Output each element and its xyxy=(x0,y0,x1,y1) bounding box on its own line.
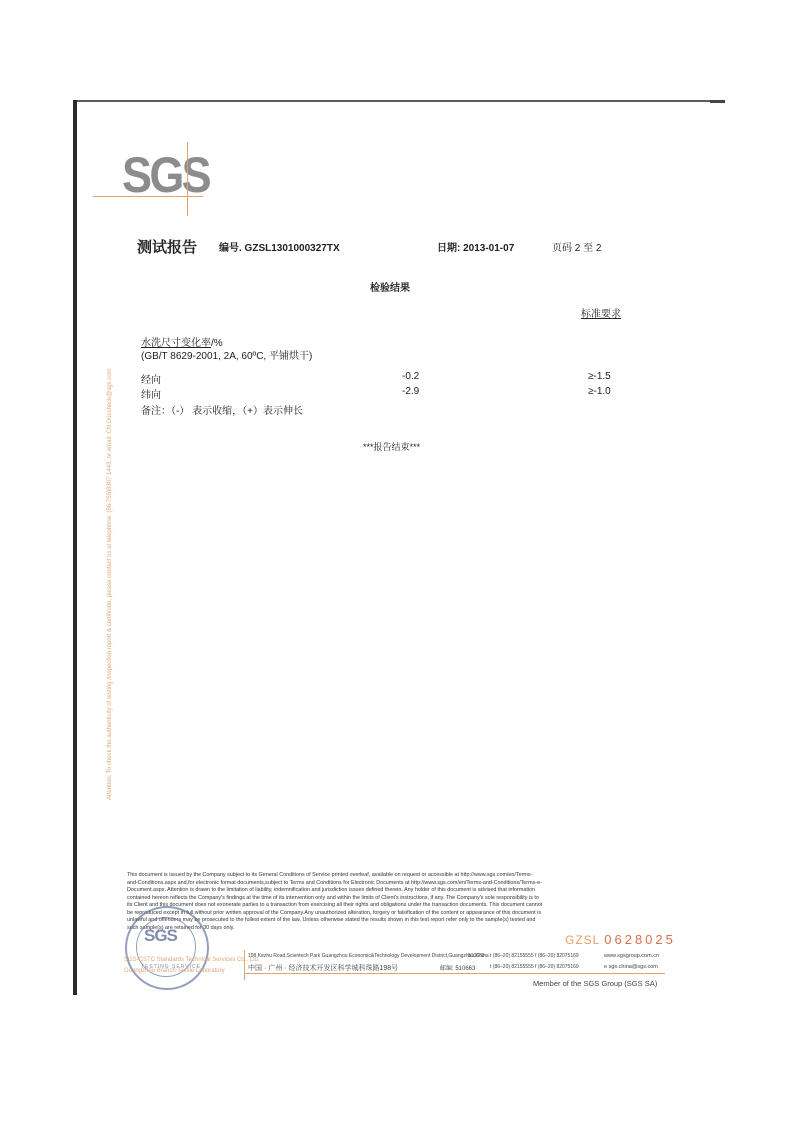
result-direction: 纬向 xyxy=(141,386,161,401)
address-english: 198 Kezhu Road,Scientech Park Guangzhou … xyxy=(248,953,489,959)
result-value: -2.9 xyxy=(402,386,419,397)
page-border-left xyxy=(73,100,77,995)
report-date: 日期: 2013-01-07 xyxy=(437,239,514,254)
disclaimer-line: This document is issued by the Company s… xyxy=(127,872,665,880)
phone-fax: t (86–20) 82155555 f (86–20) 82075169 xyxy=(490,953,579,959)
report-title: 测试报告 xyxy=(137,236,197,257)
result-row: 纬向 -2.9 ≥-1.0 xyxy=(0,386,800,400)
test-method: (GB/T 8629-2001, 2A, 60ºC, 平铺烘干) xyxy=(141,347,312,362)
authenticity-side-note: Attention: To check the authenticity of … xyxy=(107,260,113,800)
sgs-member-note: Member of the SGS Group (SGS SA) xyxy=(533,979,657,988)
result-standard: ≥-1.0 xyxy=(588,386,611,397)
company-name-line: SGS-CSTC Standards Technical Services Co… xyxy=(124,955,260,966)
disclaimer-line: such sample(s) are retained for 30 days … xyxy=(127,925,665,933)
serial-number: GZSL 0628025 xyxy=(565,932,676,947)
company-name: SGS-CSTC Standards Technical Services Co… xyxy=(124,955,260,977)
results-note: 备注：（-） 表示收缩，（+）表示伸长 xyxy=(141,402,303,417)
address-chinese: 中国 · 广州 · 经济技术开发区科学城科珠路198号 xyxy=(248,963,398,973)
phone-fax: t (86–20) 82155555 f (86–20) 82075169 xyxy=(490,964,579,970)
page-border-top xyxy=(73,100,725,102)
sgs-seal-stamp: SGS TESTING SERVICE xyxy=(125,906,209,990)
report-end-mark: ***报告结束*** xyxy=(363,440,420,453)
disclaimer-line: Document.aspx. Attention is drawn to the… xyxy=(127,887,665,895)
disclaimer-line: its Client and this document does not ex… xyxy=(127,902,665,910)
result-standard: ≥-1.5 xyxy=(588,371,611,382)
report-header: 测试报告 编号. GZSL1301000327TX 日期: 2013-01-07… xyxy=(0,236,800,256)
report-page-number: 页码 2 至 2 xyxy=(552,239,601,254)
disclaimer-line: be reproduced except in full,without pri… xyxy=(127,910,665,918)
postal-code: 510663 xyxy=(468,953,485,959)
postal-code-chinese: 邮编: 510663 xyxy=(440,963,475,972)
footer-rule xyxy=(245,973,665,974)
terms-disclaimer: This document is issued by the Company s… xyxy=(127,872,665,932)
result-value: -0.2 xyxy=(402,371,419,382)
footer-divider xyxy=(244,950,245,980)
stamp-logo: SGS xyxy=(144,926,177,946)
company-name-line: Guangzhou Branch Textile Laboratory xyxy=(124,966,260,977)
email-link[interactable]: e sgs.china@sgs.com xyxy=(604,964,658,970)
result-direction: 经向 xyxy=(141,371,161,386)
disclaimer-line: and-Conditions.aspx and,for electronic f… xyxy=(127,880,665,888)
website-link[interactable]: www.sgsgroup.com.cn xyxy=(604,953,659,959)
section-title: 检验结果 xyxy=(370,279,410,294)
serial-prefix: GZSL xyxy=(565,933,600,947)
standard-requirement-header: 标准要求 xyxy=(581,305,621,320)
serial-digits: 0628025 xyxy=(604,932,676,947)
page-border-top-edge xyxy=(710,100,725,103)
logo-crosshair-vertical xyxy=(187,142,188,216)
result-row: 经向 -0.2 ≥-1.5 xyxy=(0,371,800,385)
disclaimer-line: unlawful and offenders may be prosecuted… xyxy=(127,917,665,925)
report-number: 编号. GZSL1301000327TX xyxy=(219,239,340,254)
disclaimer-line: contained hereon reflects the Company's … xyxy=(127,895,665,903)
